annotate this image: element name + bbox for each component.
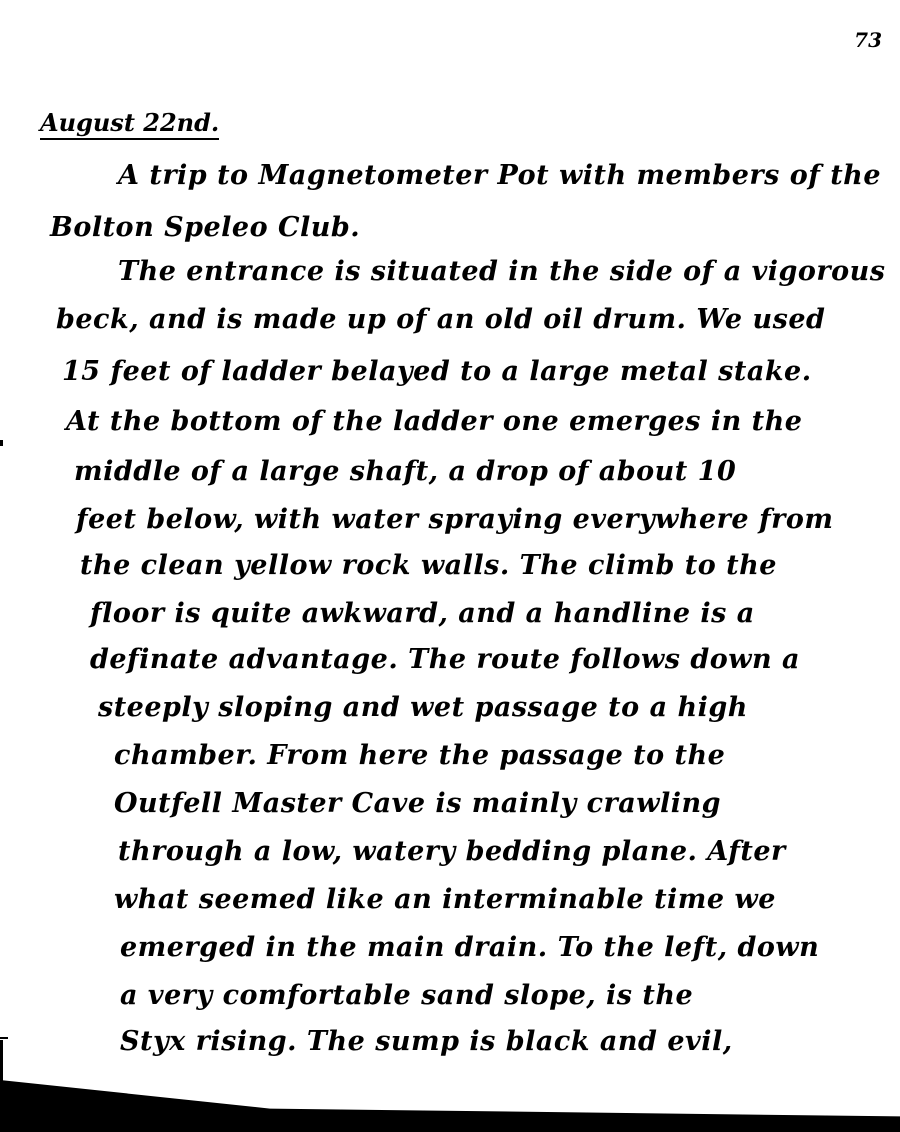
text-line: Outfell Master Cave is mainly crawling xyxy=(114,790,721,817)
text-line: definate advantage. The route follows do… xyxy=(90,646,800,673)
text-line: The entrance is situated in the side of … xyxy=(118,258,886,285)
text-line: emerged in the main drain. To the left, … xyxy=(120,934,819,961)
scan-artifact-mark xyxy=(0,440,3,446)
text-line: 15 feet of ladder belayed to a large met… xyxy=(62,358,812,385)
text-line: A trip to Magnetometer Pot with members … xyxy=(118,162,881,189)
text-line: floor is quite awkward, and a handline i… xyxy=(90,600,755,627)
handwritten-page: 73 August 22nd. A trip to Magnetometer P… xyxy=(0,0,900,1132)
text-line: through a low, watery bedding plane. Aft… xyxy=(118,838,786,865)
text-line: middle of a large shaft, a drop of about… xyxy=(74,458,736,485)
text-line: steeply sloping and wet passage to a hig… xyxy=(98,694,748,721)
text-line: Styx rising. The sump is black and evil, xyxy=(120,1028,733,1055)
text-line: feet below, with water spraying everywhe… xyxy=(76,506,833,533)
scan-edge-bottom xyxy=(0,1080,900,1132)
text-line: the clean yellow rock walls. The climb t… xyxy=(80,552,777,579)
text-line: beck, and is made up of an old oil drum.… xyxy=(56,306,825,333)
date-heading: August 22nd. xyxy=(40,110,219,140)
text-line: Bolton Speleo Club. xyxy=(50,214,360,241)
text-line: a very comfortable sand slope, is the xyxy=(120,982,693,1009)
text-line: At the bottom of the ladder one emerges … xyxy=(66,408,802,435)
page-number: 73 xyxy=(854,28,882,52)
text-line: chamber. From here the passage to the xyxy=(114,742,725,769)
text-line: what seemed like an interminable time we xyxy=(114,886,776,913)
scan-artifact-tick xyxy=(0,1037,8,1039)
